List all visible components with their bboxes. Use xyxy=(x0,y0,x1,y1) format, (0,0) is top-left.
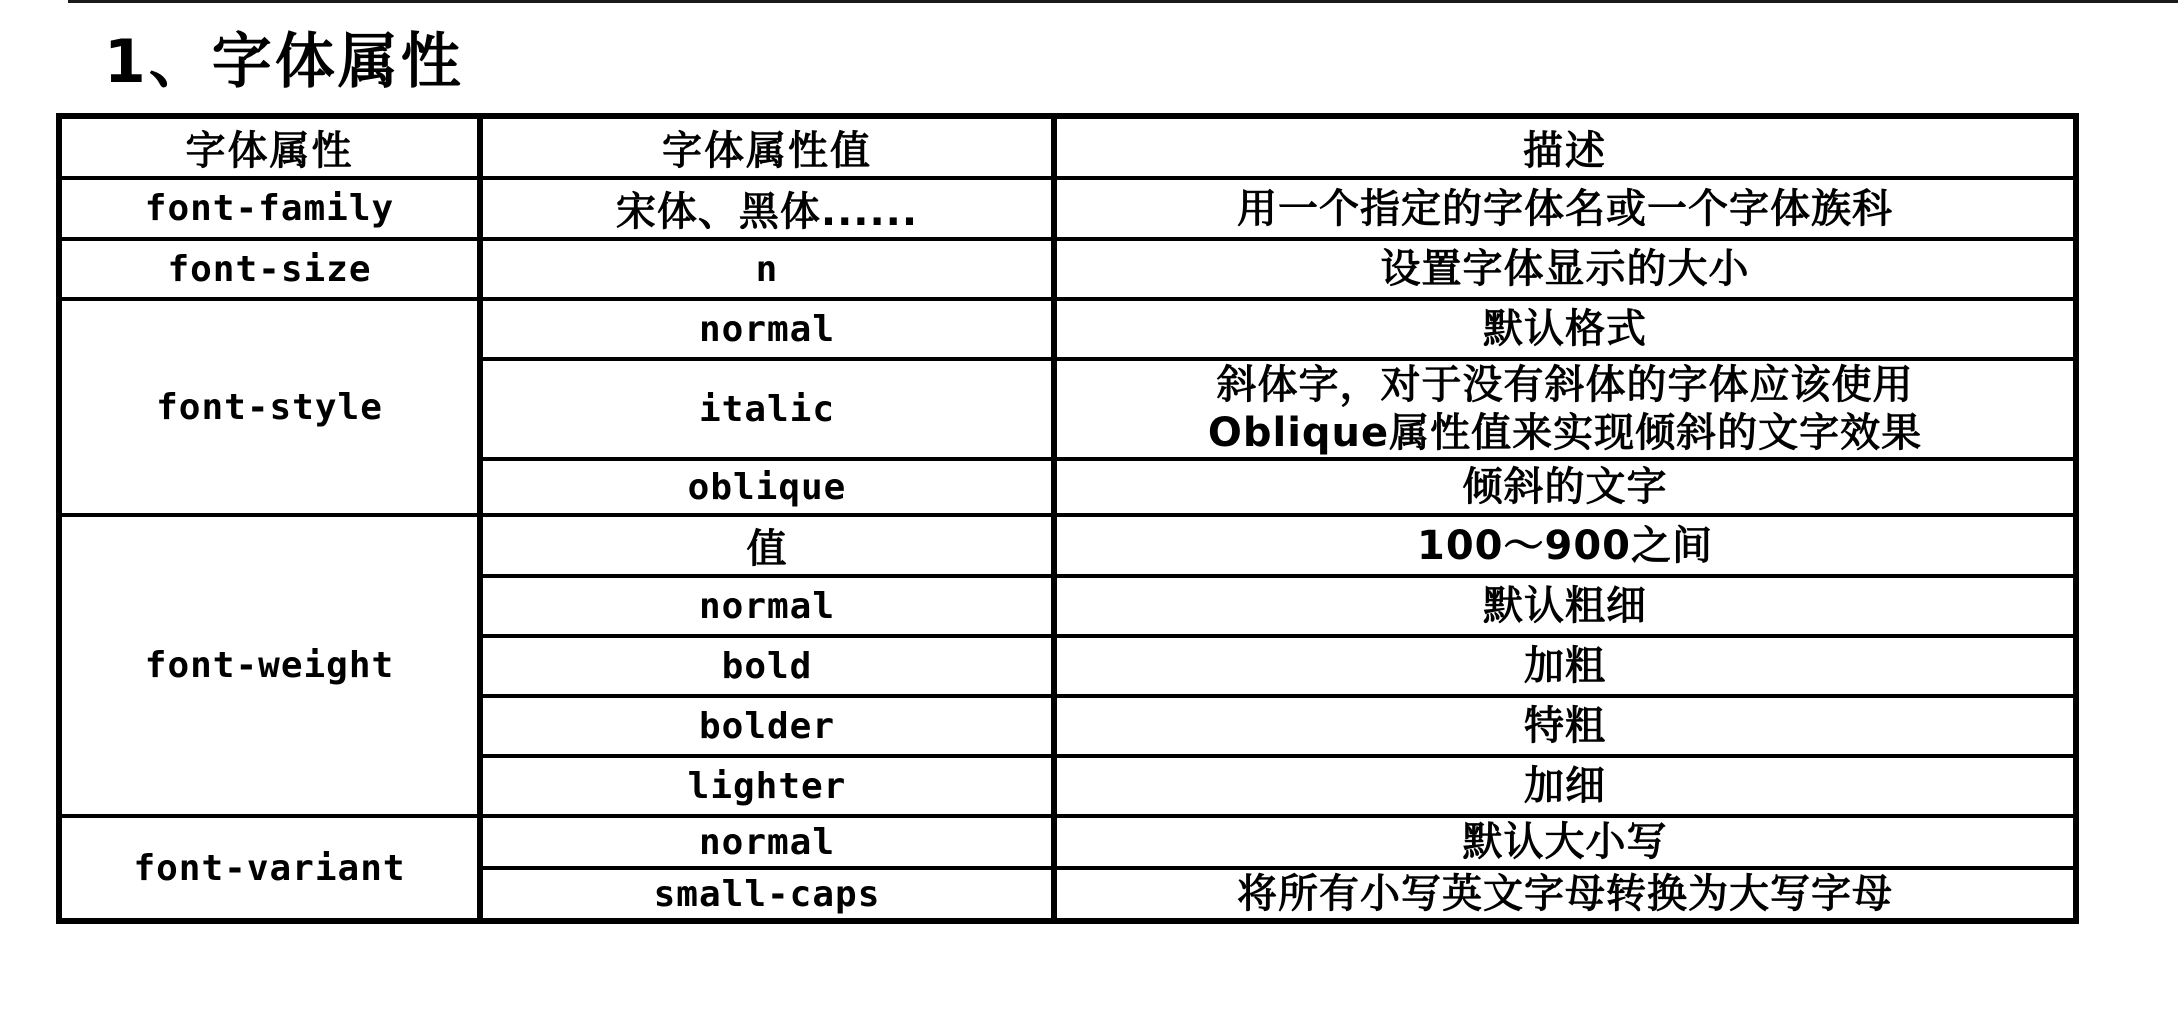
description-cell: 倾斜的文字 xyxy=(1054,459,2076,515)
table-row: font-sizen设置字体显示的大小 xyxy=(59,239,2076,299)
value-cell: 宋体、黑体...... xyxy=(480,178,1054,239)
property-cell: font-style xyxy=(59,299,480,515)
table-body: font-family宋体、黑体......用一个指定的字体名或一个字体族科fo… xyxy=(59,178,2076,921)
value-cell: 值 xyxy=(480,515,1054,576)
value-cell: italic xyxy=(480,359,1054,459)
description-cell: 加粗 xyxy=(1054,636,2076,696)
page: { "page": { "title": "1、字体属性", "backgrou… xyxy=(0,0,2178,1028)
table-header-row: 字体属性 字体属性值 描述 xyxy=(59,116,2076,178)
value-cell: oblique xyxy=(480,459,1054,515)
description-cell: 默认大小写 xyxy=(1054,816,2076,868)
value-cell: bold xyxy=(480,636,1054,696)
table-row: font-family宋体、黑体......用一个指定的字体名或一个字体族科 xyxy=(59,178,2076,239)
top-edge-line xyxy=(68,0,2178,3)
value-cell: lighter xyxy=(480,756,1054,816)
property-cell: font-family xyxy=(59,178,480,239)
description-cell: 斜体字，对于没有斜体的字体应该使用 Oblique属性值来实现倾斜的文字效果 xyxy=(1054,359,2076,459)
table-row: font-stylenormal默认格式 xyxy=(59,299,2076,359)
property-cell: font-weight xyxy=(59,515,480,816)
description-cell: 设置字体显示的大小 xyxy=(1054,239,2076,299)
description-cell: 100～900之间 xyxy=(1054,515,2076,576)
value-cell: n xyxy=(480,239,1054,299)
column-header-description: 描述 xyxy=(1054,116,2076,178)
description-cell: 用一个指定的字体名或一个字体族科 xyxy=(1054,178,2076,239)
table-row: font-variantnormal默认大小写 xyxy=(59,816,2076,868)
value-cell: small-caps xyxy=(480,868,1054,921)
description-cell: 默认格式 xyxy=(1054,299,2076,359)
description-cell: 特粗 xyxy=(1054,696,2076,756)
column-header-property: 字体属性 xyxy=(59,116,480,178)
description-cell: 加细 xyxy=(1054,756,2076,816)
table-row: font-weight值100～900之间 xyxy=(59,515,2076,576)
description-cell: 将所有小写英文字母转换为大写字母 xyxy=(1054,868,2076,921)
description-cell: 默认粗细 xyxy=(1054,576,2076,636)
value-cell: normal xyxy=(480,299,1054,359)
value-cell: normal xyxy=(480,816,1054,868)
property-cell: font-variant xyxy=(59,816,480,921)
value-cell: normal xyxy=(480,576,1054,636)
column-header-value: 字体属性值 xyxy=(480,116,1054,178)
font-properties-table: 字体属性 字体属性值 描述 font-family宋体、黑体......用一个指… xyxy=(56,113,2079,924)
value-cell: bolder xyxy=(480,696,1054,756)
page-title: 1、字体属性 xyxy=(104,14,464,100)
property-cell: font-size xyxy=(59,239,480,299)
